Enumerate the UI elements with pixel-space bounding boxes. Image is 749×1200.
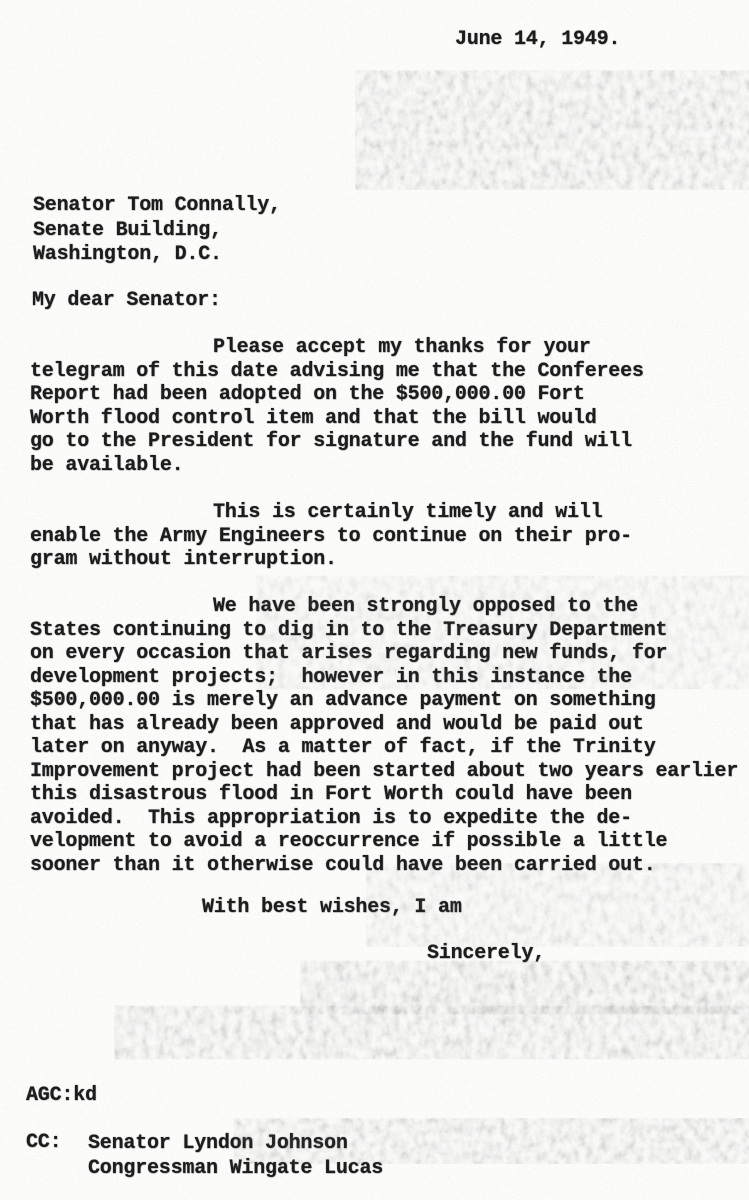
paragraph-1: Please accept my thanks for your telegra… [30, 336, 749, 477]
body-line: sooner than it otherwise could have been… [30, 854, 749, 878]
body-line: Improvement project had been started abo… [30, 760, 749, 784]
cc-list: Senator Lyndon Johnson Congressman Winga… [88, 1131, 383, 1181]
body-line: on every occasion that arises regarding … [30, 642, 749, 666]
body-line: Worth flood control item and that the bi… [30, 407, 749, 431]
cc-name: Senator Lyndon Johnson [88, 1131, 383, 1156]
letter-date: June 14, 1949. [455, 28, 620, 52]
body-line: velopment to avoid a reoccurrence if pos… [30, 830, 749, 854]
body-line: States continuing to dig in to the Treas… [30, 619, 749, 643]
cc-name: Congressman Wingate Lucas [88, 1156, 383, 1181]
body-line: be available. [30, 454, 749, 478]
cc-label: CC: [26, 1131, 61, 1155]
body-line: Please accept my thanks for your [30, 336, 749, 360]
body-line: $500,000.00 is merely an advance payment… [30, 689, 749, 713]
scanned-letter-page: June 14, 1949. Senator Tom Connally, Sen… [0, 0, 749, 1200]
body-line: this disastrous flood in Fort Worth coul… [30, 783, 749, 807]
recipient-address: Senator Tom Connally, Senate Building, W… [33, 194, 281, 268]
body-line: Report had been adopted on the $500,000.… [30, 383, 749, 407]
paragraph-3: We have been strongly opposed to the Sta… [30, 595, 749, 877]
address-line: Washington, D.C. [33, 243, 281, 268]
body-line: later on anyway. As a matter of fact, if… [30, 736, 749, 760]
body-line: go to the President for signature and th… [30, 430, 749, 454]
body-line: This is certainly timely and will [30, 501, 749, 525]
body-line: enable the Army Engineers to continue on… [30, 525, 749, 549]
typist-reference: AGC:kd [26, 1084, 97, 1108]
address-line: Senate Building, [33, 219, 281, 244]
body-line: telegram of this date advising me that t… [30, 360, 749, 384]
body-line: We have been strongly opposed to the [30, 595, 749, 619]
closing: With best wishes, I am [202, 896, 462, 920]
body-line: avoided. This appropriation is to expedi… [30, 807, 749, 831]
paragraph-2: This is certainly timely and will enable… [30, 501, 749, 572]
body-line: gram without interruption. [30, 548, 749, 572]
address-line: Senator Tom Connally, [33, 194, 281, 219]
salutation: My dear Senator: [32, 289, 221, 313]
body-line: that has already been approved and would… [30, 713, 749, 737]
body-line: development projects; however in this in… [30, 666, 749, 690]
signoff: Sincerely, [427, 942, 545, 966]
